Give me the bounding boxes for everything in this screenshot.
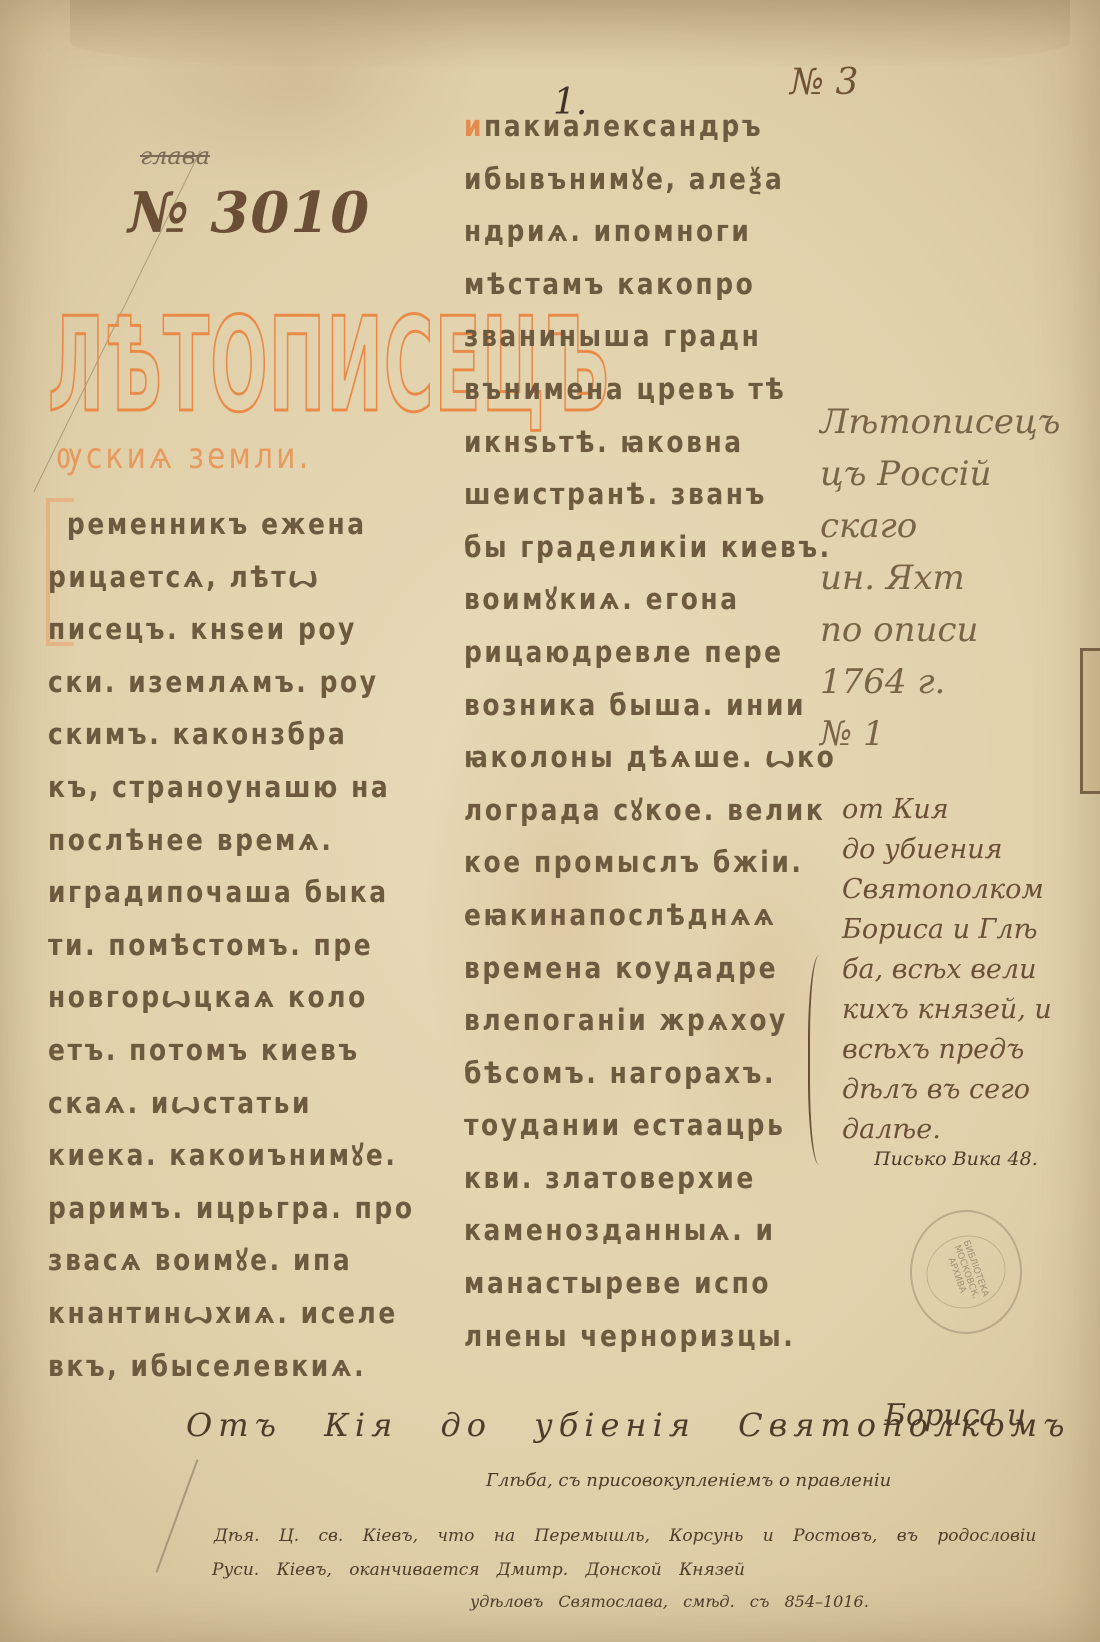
margin-note-line: кихъ князей, и — [842, 990, 1052, 1030]
stamp-text: БИБЛІОТЕКА МОСКОВСК. АРХИВА — [916, 1224, 1016, 1319]
margin-note-lower: от Кия до убиения Святополком Бориса и Г… — [842, 790, 1052, 1150]
library-stamp: БИБЛІОТЕКА МОСКОВСК. АРХИВА — [910, 1210, 1022, 1334]
text-line: ꙗколоны дѣѧше. ꙍко — [464, 731, 836, 784]
text-line: скимъ. каконзбра — [48, 708, 415, 761]
text-line: писецъ. кнѕеи роу — [48, 603, 415, 656]
text-line: етъ. потомъ киевъ — [48, 1024, 415, 1077]
annotation-line: Глѣба, съ присовокупленіемъ о правленіи — [486, 1470, 891, 1491]
text-line: мѣстамъ какопро — [464, 258, 836, 311]
text-line: кое промыслъ бжіи. — [464, 836, 836, 889]
text-line: кнантинꙍхиѧ. иселе — [48, 1287, 415, 1340]
margin-note-line: до убиения — [842, 830, 1052, 870]
text-line: вънимена цревъ тѣ — [464, 363, 836, 416]
margin-note-upper: Лѣтописецъ цъ Россій скаго ин. Яхт по оп… — [820, 396, 1060, 760]
text-line: шеистранѣ. званъ — [464, 468, 836, 521]
text-line: званиныша градн — [464, 310, 836, 363]
margin-note-line: Святополком — [842, 870, 1052, 910]
margin-note-line: ин. Яхт — [820, 552, 1060, 604]
text-line: иградипочаша быка — [48, 866, 415, 919]
text-line: времена коудадре — [464, 942, 836, 995]
text-line: рицаюдревле пере — [464, 626, 836, 679]
pencil-stroke — [156, 1459, 199, 1572]
margin-note-line: по описи — [820, 604, 1060, 656]
text-line: икнѕьтѣ. ꙗковна — [464, 416, 836, 469]
text-line: кви. златоверхие — [464, 1152, 836, 1205]
text-line: воимꙋкиѧ. егона — [464, 573, 836, 626]
text-line: новгорꙍцкаѧ коло — [48, 971, 415, 1024]
text-line: ибывънимꙋе, алеѯа — [464, 153, 836, 206]
margin-note-line: от Кия — [842, 790, 1052, 830]
crossed-out-label: глава — [140, 142, 210, 170]
curly-brace-mark — [808, 955, 836, 1165]
text-line: лнены черноризцы. — [464, 1310, 836, 1363]
text-line: бѣсомъ. нагорахъ. — [464, 1047, 836, 1100]
text-line: лограда сꙋкое. велик — [464, 784, 836, 837]
text-line: ти. помѣстомъ. пре — [48, 919, 415, 972]
text-line: раримъ. ицрьгра. про — [48, 1182, 415, 1235]
text-line: тоудании естаацрь — [464, 1099, 836, 1152]
torn-top-edge — [70, 0, 1070, 70]
shelfmark-number: № 3010 — [128, 180, 370, 246]
margin-note-line: скаго — [820, 500, 1060, 552]
text-line: возника быша. инии — [464, 679, 836, 732]
page-tab-marker — [1080, 648, 1100, 794]
text-line: каменозданныѧ. и — [464, 1204, 836, 1257]
text-line: ски. иземлѧмъ. роу — [48, 656, 415, 709]
rubric-subtitle: ѹскиѧ земли. — [56, 436, 311, 477]
text-line: еꙗкинапослѣднѧѧ — [464, 889, 836, 942]
manuscript-page: глава № 3010 1. № 3 ЛѢТОПИСЕЦЪ ѹскиѧ зем… — [0, 0, 1100, 1642]
text-line: къ, страноунашю на — [48, 761, 415, 814]
text-line: послѣнее времѧ. — [48, 814, 415, 867]
text-line: звасѧ воимꙋе. ипа — [48, 1234, 415, 1287]
text-line: рицаетсѧ, лѣтꙍ — [48, 551, 415, 604]
text-line: вкъ, ибыселевкиѧ. — [48, 1340, 415, 1393]
text-line: ндриѧ. ипомноги — [464, 205, 836, 258]
annotation-line: Дѣя. Ц. св. Кіевъ, что на Перемышль, Кор… — [214, 1526, 1036, 1546]
annotation-line: удѣловъ Святослава, смѣд. съ 854–1016. — [470, 1592, 869, 1611]
margin-note-line: Бориса и Глѣ — [842, 910, 1052, 950]
corner-inventory-mark: № 3 — [790, 62, 858, 103]
margin-note-line: № 1 — [820, 708, 1060, 760]
text-line: манастыреве испо — [464, 1257, 836, 1310]
text-line: киека. какоиънимꙋе. — [48, 1129, 415, 1182]
margin-note-line: цъ Россій — [820, 448, 1060, 500]
text-line: ременникъ ежена — [48, 498, 415, 551]
margin-note-line: далѣе. — [842, 1110, 1052, 1150]
text-line: скаѧ. иꙍстатьи — [48, 1077, 415, 1130]
margin-note-line: ба, всѣх вели — [842, 950, 1052, 990]
text-line: ипакиалександръ — [464, 100, 836, 153]
text-line: бы граделикіи киевъ. — [464, 521, 836, 574]
text-column-left: ременникъ ежена рицаетсѧ, лѣтꙍ писецъ. к… — [48, 498, 474, 1392]
margin-note-line: Лѣтописецъ — [820, 396, 1060, 448]
scribe-signature: Писько Вика 48. — [874, 1148, 1038, 1170]
text-line: влепоганіи жрѧхоу — [464, 994, 836, 1047]
margin-note-line: дѣлъ въ сего — [842, 1070, 1052, 1110]
margin-note-line: всѣхъ предъ — [842, 1030, 1052, 1070]
annotation-line: Бориса и — [884, 1398, 1026, 1433]
annotation-line: Руси. Кіевъ, оканчивается Дмитр. Донской… — [212, 1560, 745, 1580]
margin-note-line: 1764 г. — [820, 656, 1060, 708]
